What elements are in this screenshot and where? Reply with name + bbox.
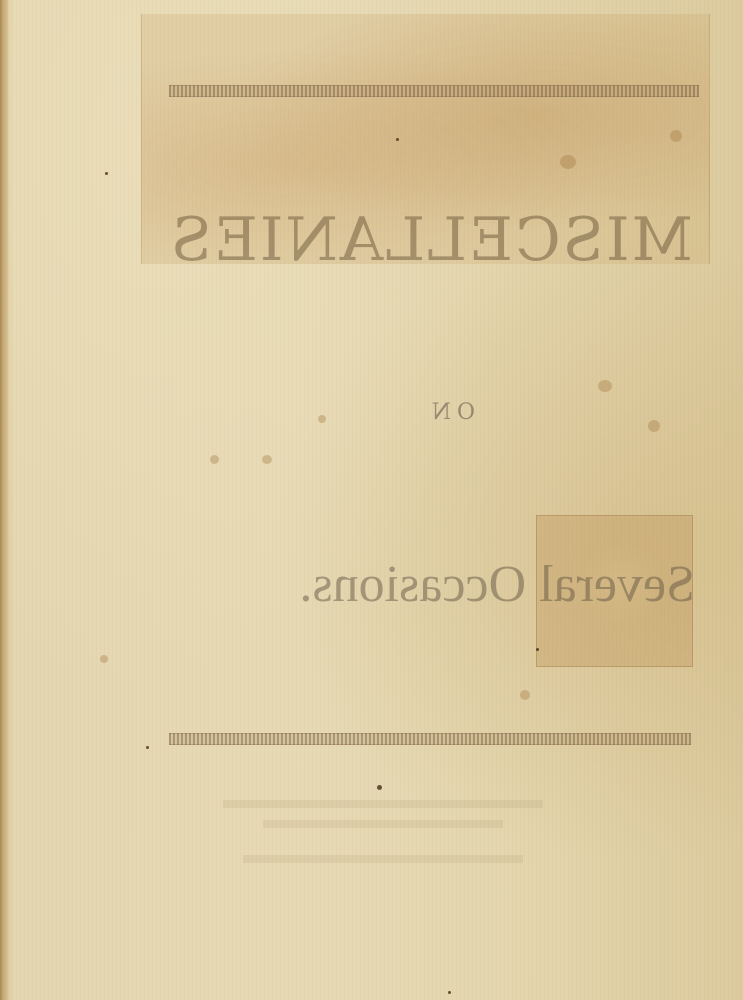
- foxing-stain: [520, 690, 530, 700]
- ink-speck: [105, 172, 108, 175]
- top-decorative-rule: [169, 85, 699, 97]
- foxing-stain: [318, 415, 326, 423]
- faint-imprint-line: [243, 855, 523, 863]
- title-main-show-through: MISCELLANIES: [169, 205, 693, 275]
- title-connector-show-through: ON: [426, 400, 475, 425]
- foxing-stain: [262, 455, 272, 464]
- foxing-stain: [670, 130, 682, 142]
- foxing-stain: [648, 420, 660, 432]
- ink-speck: [536, 648, 539, 651]
- show-through-layer: MISCELLANIES ON Several Occasions.: [0, 0, 743, 1000]
- faint-imprint-line: [223, 800, 543, 808]
- foxing-stain: [100, 655, 108, 663]
- ink-speck: [396, 138, 399, 141]
- bottom-decorative-rule: [169, 733, 691, 745]
- ink-speck: [377, 785, 382, 790]
- foxing-stain: [598, 380, 612, 392]
- ink-speck: [448, 991, 451, 994]
- title-sub-show-through: Several Occasions.: [299, 555, 695, 614]
- faint-imprint-line: [263, 820, 503, 828]
- foxing-stain: [560, 155, 576, 169]
- scanned-page: MISCELLANIES ON Several Occasions.: [0, 0, 743, 1000]
- ink-speck: [146, 746, 149, 749]
- foxing-stain: [210, 455, 219, 464]
